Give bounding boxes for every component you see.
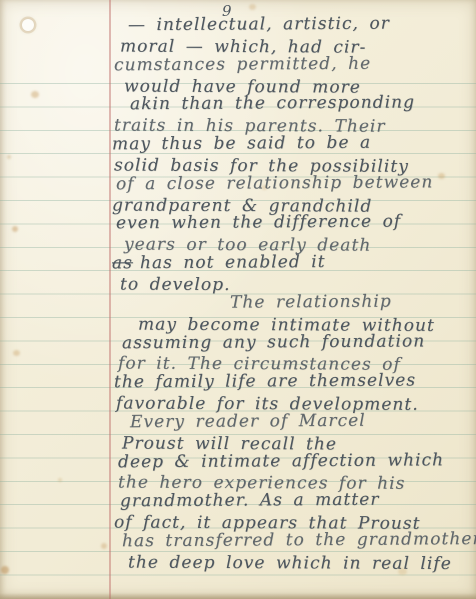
handwritten-line: grandmother. As a matter (0, 490, 476, 513)
handwritten-line: ashas not enabled it (0, 252, 476, 275)
handwritten-line: The relationship (0, 292, 476, 315)
handwritten-line: deep & intimate affection which (0, 451, 476, 474)
handwritten-line: assuming any such foundation (0, 332, 476, 355)
handwritten-line: has transferred to the grandmother (0, 530, 476, 553)
handwritten-line: even when the difference of (0, 213, 476, 236)
handwritten-text: — intellectual, artistic, or moral — whi… (0, 17, 476, 573)
handwritten-line: the deep love which in real life (0, 553, 476, 575)
handwritten-line: of a close relationship between (0, 173, 476, 196)
handwritten-line-text: has not enabled it (140, 252, 326, 273)
handwritten-line: — intellectual, artistic, or (0, 14, 476, 37)
handwritten-line: the family life are themselves (0, 371, 476, 394)
manuscript-page: 9 — intellectual, artistic, or moral — w… (0, 0, 476, 599)
foxing-spot (249, 4, 256, 10)
crossed-out-word: as (112, 253, 133, 273)
paper-bottom-edge (0, 593, 476, 599)
handwritten-line: Every reader of Marcel (0, 411, 476, 434)
handwritten-line: may thus be said to be a (0, 133, 476, 156)
handwritten-line: akin than the corresponding (0, 93, 476, 116)
hole-punch (22, 19, 34, 31)
handwritten-line: cumstances permitted, he (0, 54, 476, 77)
